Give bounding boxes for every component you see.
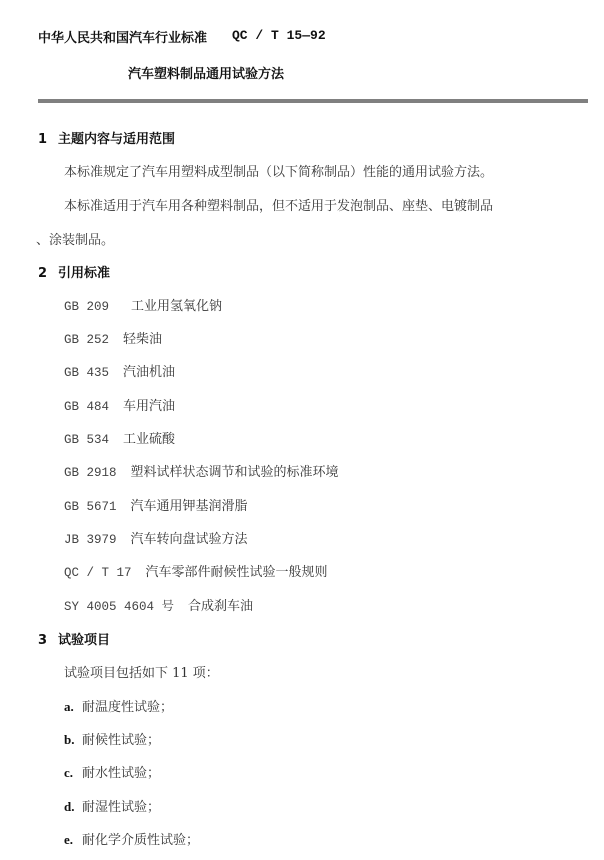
reference-name: 汽车零部件耐候性试验一般规则: [146, 565, 328, 580]
item-label: c.: [64, 765, 82, 781]
document-title: 汽车塑料制品通用试验方法: [128, 63, 284, 82]
item-label: d.: [64, 799, 82, 815]
test-item: a.耐温度性试验；: [64, 696, 173, 715]
reference-item: JB 3979汽车转向盘试验方法: [64, 528, 248, 547]
item-text: 耐候性试验；: [82, 733, 160, 748]
reference-item: SY 4005 4604 号合成刹车油: [64, 595, 253, 614]
reference-code: GB 2918: [64, 466, 117, 480]
header-divider: [38, 99, 588, 103]
reference-item: GB 534工业硫酸: [64, 428, 175, 447]
reference-name: 轻柴油: [123, 332, 162, 347]
test-item: b.耐候性试验；: [64, 729, 160, 748]
reference-name: 工业用氢氧化钠: [131, 299, 222, 314]
paragraph-continuation: 、涂装制品。: [36, 229, 114, 248]
section-title: 引用标准: [58, 266, 110, 281]
section-number: 2: [38, 266, 58, 281]
reference-item: GB 435汽油机油: [64, 361, 175, 380]
reference-item: GB 5671汽车通用钾基润滑脂: [64, 495, 248, 514]
item-text: 耐温度性试验；: [82, 700, 173, 715]
item-text: 耐化学介质性试验；: [82, 833, 199, 848]
reference-code: GB 534: [64, 433, 109, 447]
test-item: d.耐湿性试验；: [64, 796, 160, 815]
item-text: 耐水性试验；: [82, 766, 160, 781]
paragraph: 本标准适用于汽车用各种塑料制品，但不适用于发泡制品、座垫、电镀制品: [64, 195, 493, 214]
test-item: e.耐化学介质性试验；: [64, 829, 199, 848]
reference-name: 汽车通用钾基润滑脂: [131, 499, 248, 514]
section-title: 主题内容与适用范围: [58, 132, 175, 147]
reference-name: 工业硫酸: [123, 432, 175, 447]
reference-code: GB 435: [64, 366, 109, 380]
reference-code: JB 3979: [64, 533, 117, 547]
section-number: 1: [38, 132, 58, 147]
section-title: 试验项目: [58, 633, 110, 648]
reference-code: GB 252: [64, 333, 109, 347]
reference-item: GB 484车用汽油: [64, 395, 175, 414]
section-3-heading: 3试验项目: [38, 629, 110, 648]
item-text: 耐湿性试验；: [82, 800, 160, 815]
reference-code: SY 4005 4604 号: [64, 600, 174, 614]
reference-name: 汽油机油: [123, 365, 175, 380]
standard-code: QC / T 15—92: [232, 28, 326, 43]
item-label: e.: [64, 832, 82, 848]
reference-item: GB 209工业用氢氧化钠: [64, 295, 222, 314]
reference-item: QC / T 17汽车零部件耐候性试验一般规则: [64, 561, 328, 580]
section-1-heading: 1主题内容与适用范围: [38, 128, 175, 147]
paragraph: 本标准规定了汽车用塑料成型制品（以下简称制品）性能的通用试验方法。: [64, 161, 493, 180]
reference-item: GB 2918塑料试样状态调节和试验的标准环境: [64, 461, 339, 480]
reference-code: GB 209: [64, 300, 109, 314]
item-label: a.: [64, 699, 82, 715]
reference-name: 合成刹车油: [188, 599, 253, 614]
reference-code: QC / T 17: [64, 566, 132, 580]
reference-name: 车用汽油: [123, 399, 175, 414]
items-intro: 试验项目包括如下 11 项：: [64, 662, 219, 681]
section-number: 3: [38, 633, 58, 648]
test-item: c.耐水性试验；: [64, 762, 160, 781]
reference-name: 塑料试样状态调节和试验的标准环境: [131, 465, 339, 480]
reference-name: 汽车转向盘试验方法: [131, 532, 248, 547]
reference-code: GB 5671: [64, 500, 117, 514]
issuing-org: 中华人民共和国汽车行业标准: [38, 27, 207, 46]
reference-code: GB 484: [64, 400, 109, 414]
reference-item: GB 252轻柴油: [64, 328, 162, 347]
section-2-heading: 2引用标准: [38, 262, 110, 281]
item-label: b.: [64, 732, 82, 748]
